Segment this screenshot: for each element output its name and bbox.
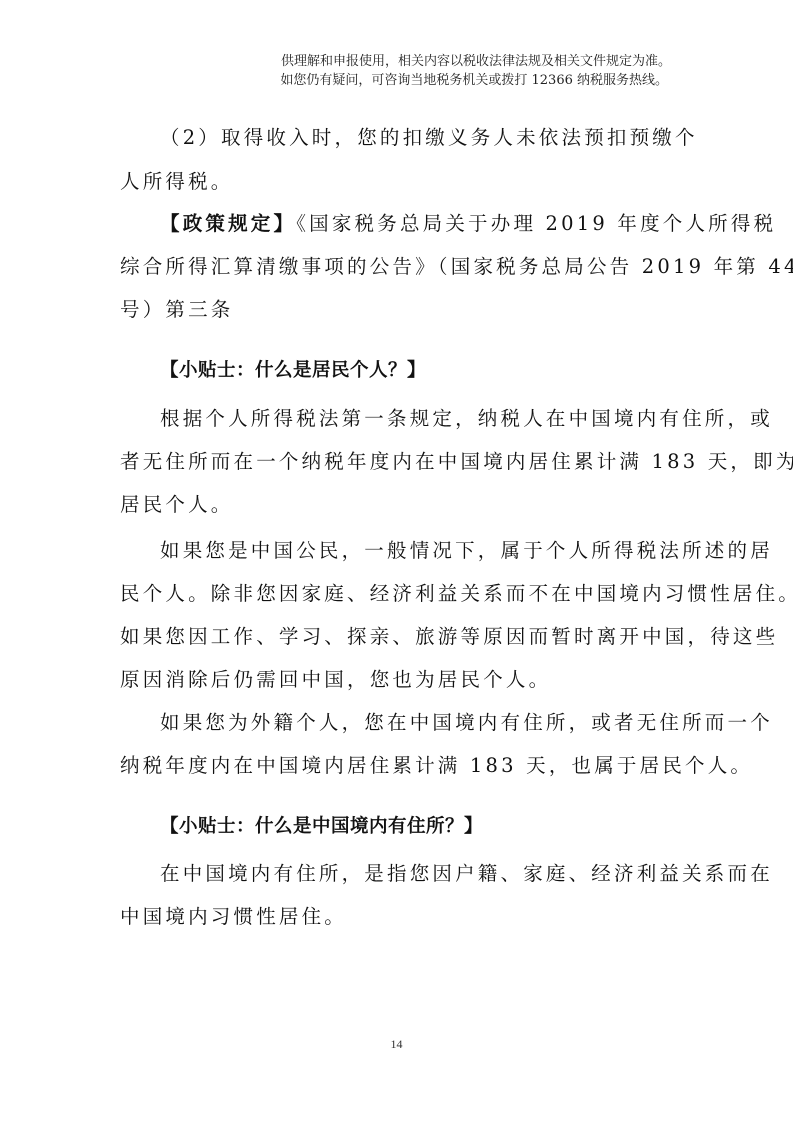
item-2-line-1: （2）取得收入时，您的扣缴义务人未依法预扣预缴个 [160,122,698,150]
document-page: 供理解和申报使用，相关内容以税收法律法规及相关文件规定为准。 如您仍有疑问，可咨… [0,0,793,1122]
policy-citation-start: 《国家税务总局关于办理 2019 年度个人所得税 [296,212,776,235]
tip-2-p1-line-1: 在中国境内有住所，是指您因户籍、家庭、经济利益关系而在 [160,858,773,886]
tip-1-p3-line-1: 如果您为外籍个人，您在中国境内有住所，或者无住所而一个 [160,707,773,735]
tip-2-p1-line-2: 中国境内习惯性居住。 [120,901,347,929]
tip-1-p2-line-1: 如果您是中国公民，一般情况下，属于个人所得税法所述的居 [160,535,773,563]
policy-line-3: 号）第三条 [120,294,234,322]
page-header-note: 供理解和申报使用，相关内容以税收法律法规及相关文件规定为准。 如您仍有疑问，可咨… [280,52,671,90]
tip-1-p2-line-3: 如果您因工作、学习、探亲、旅游等原因而暂时离开中国，待这些 [120,621,778,649]
tip-1-p2-line-2: 民个人。除非您因家庭、经济利益关系而不在中国境内习惯性居住。 [120,578,793,606]
tip-1-p1-line-1: 根据个人所得税法第一条规定，纳税人在中国境内有住所，或 [160,403,773,431]
tip-1-p2-line-4: 原因消除后仍需回中国，您也为居民个人。 [120,664,551,692]
tip-1-p1-line-3: 居民个人。 [120,489,234,517]
policy-line-2: 综合所得汇算清缴事项的公告》（国家税务总局公告 2019 年第 44 [120,251,793,279]
tip-1-title: 【小贴士：什么是居民个人？】 [160,356,426,382]
page-number: 14 [0,1037,793,1052]
header-line-1: 供理解和申报使用，相关内容以税收法律法规及相关文件规定为准。 [280,52,671,71]
tip-1-p3-line-2: 纳税年度内在中国境内居住累计满 183 天，也属于居民个人。 [120,750,753,778]
policy-line-1: 【政策规定】《国家税务总局关于办理 2019 年度个人所得税 [160,208,776,236]
policy-label: 【政策规定】 [160,212,296,235]
tip-1-p1-line-2: 者无住所而在一个纳税年度内在中国境内居住累计满 183 天，即为 [120,446,793,474]
item-2-line-2: 人所得税。 [120,166,234,194]
tip-2-title: 【小贴士：什么是中国境内有住所？】 [160,812,483,838]
header-line-2: 如您仍有疑问，可咨询当地税务机关或拨打 12366 纳税服务热线。 [280,71,671,90]
